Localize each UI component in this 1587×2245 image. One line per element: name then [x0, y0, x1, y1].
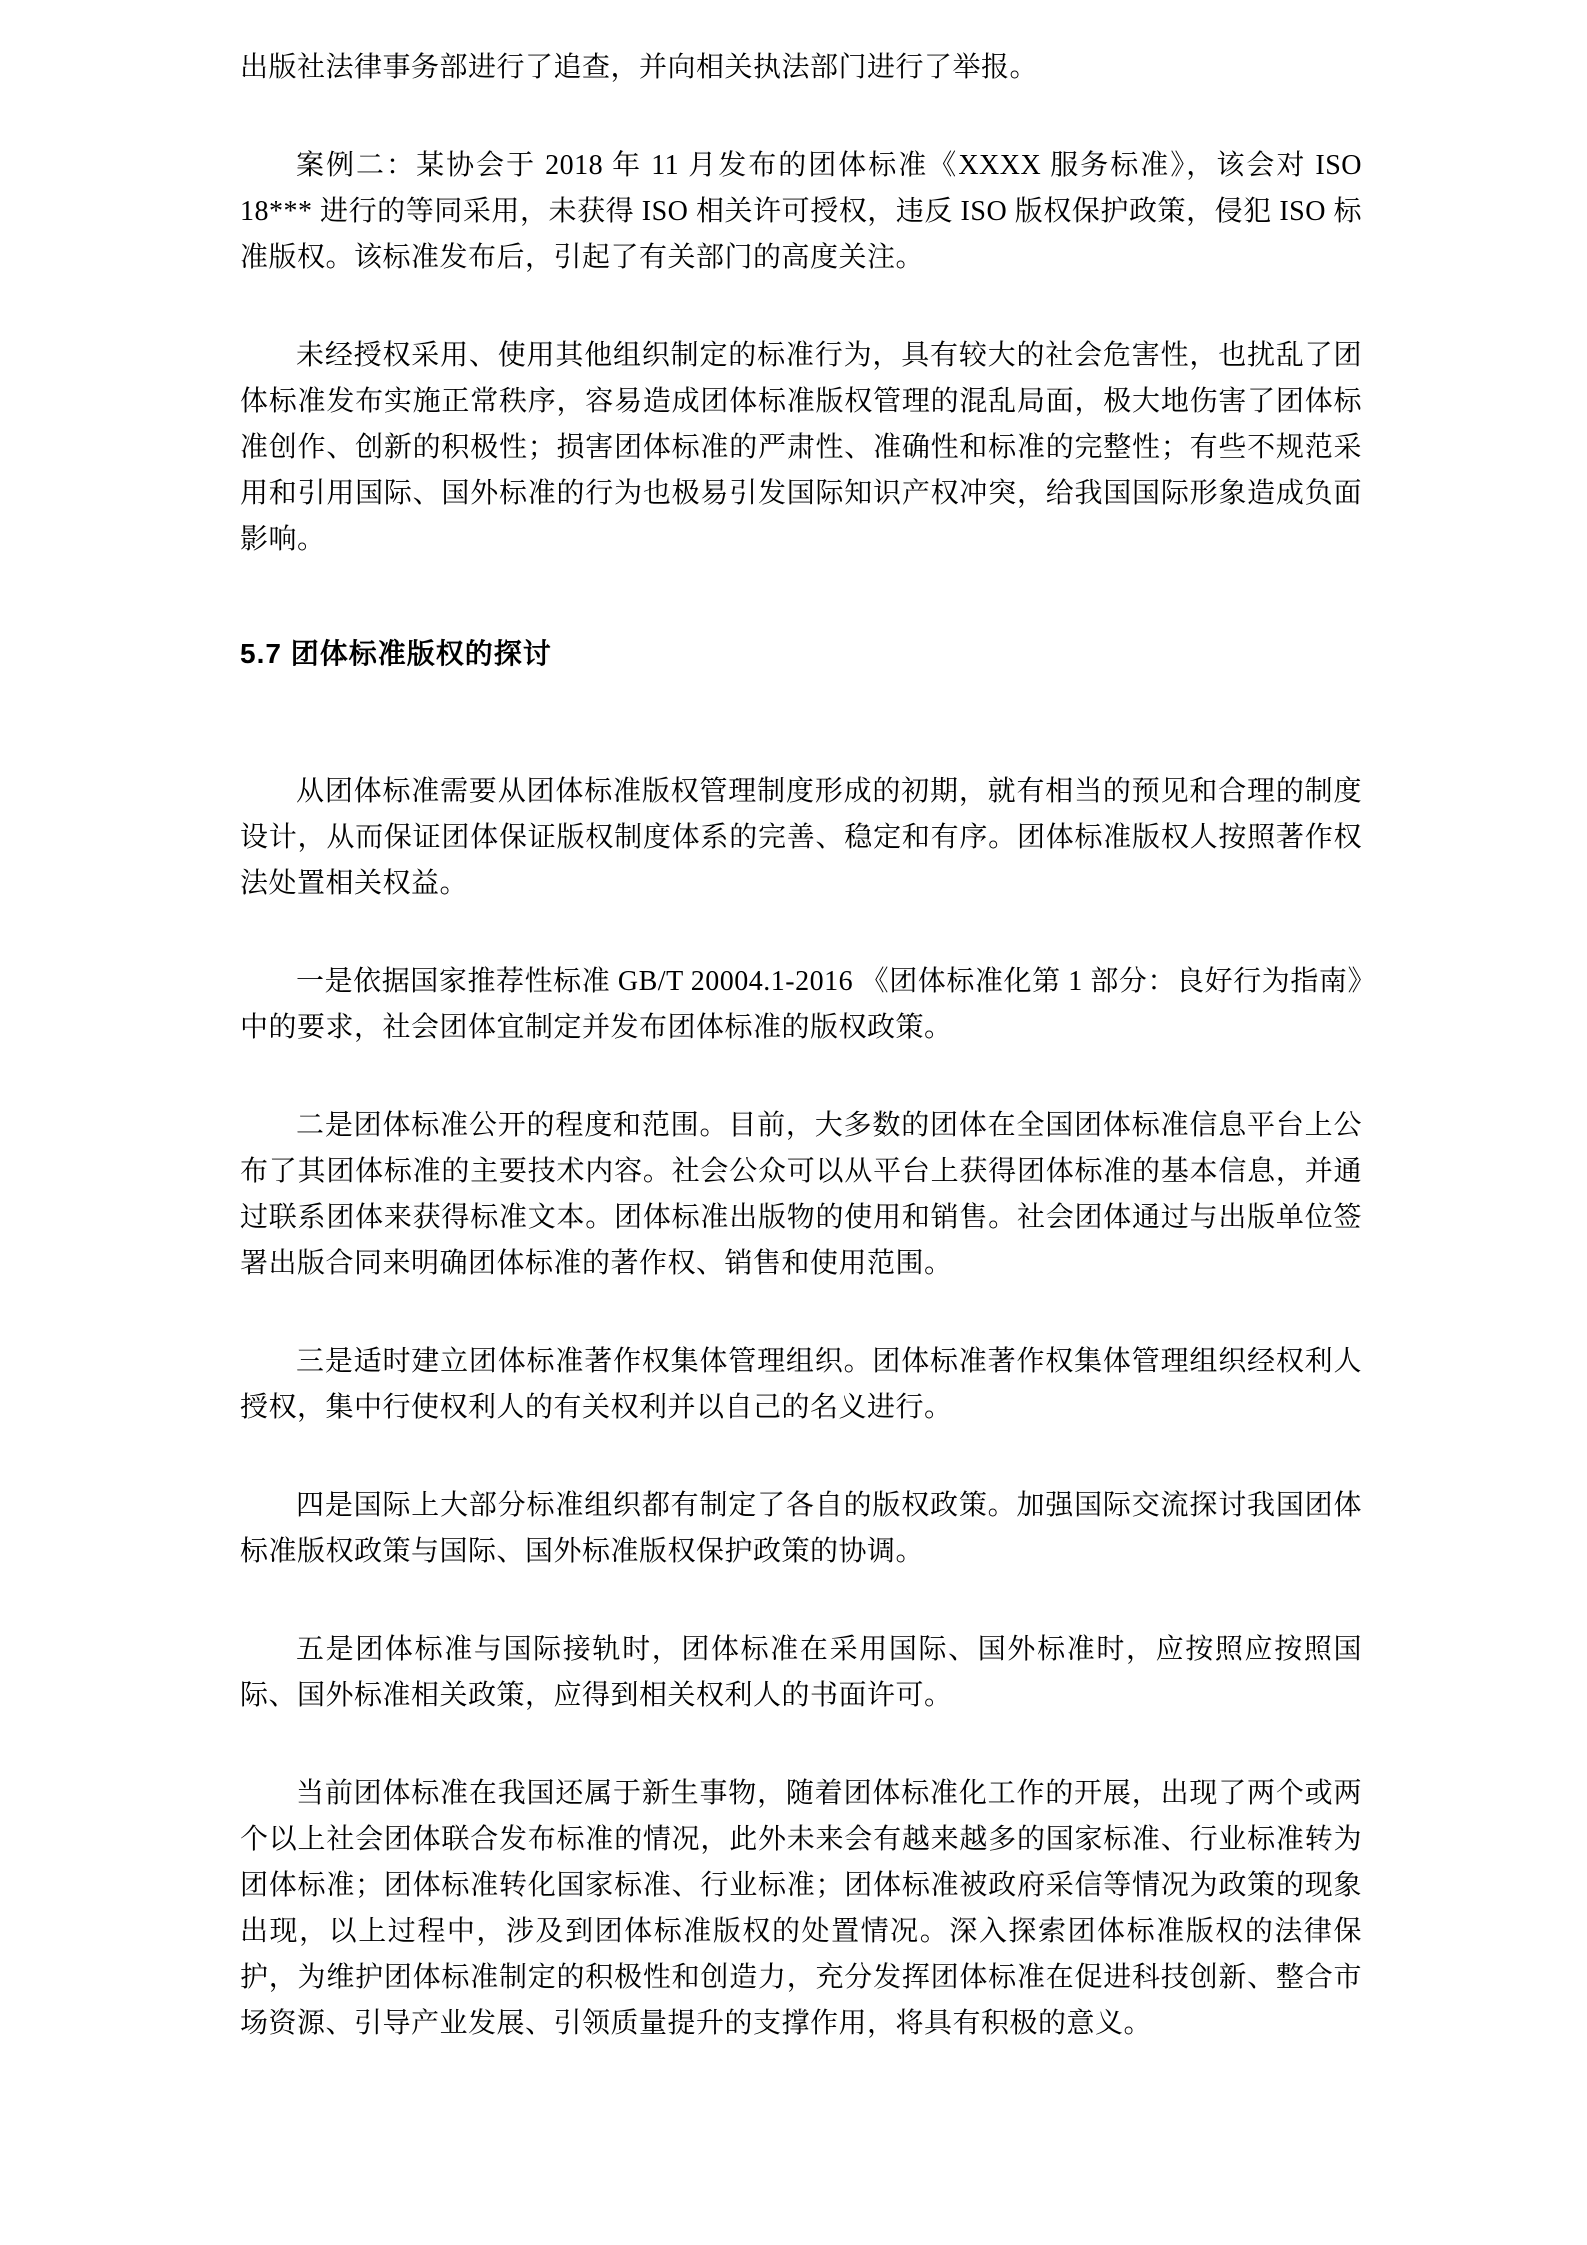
paragraph: 四是国际上大部分标准组织都有制定了各自的版权政策。加强国际交流探讨我国团体标准版… — [240, 1483, 1362, 1575]
paragraph: 二是团体标准公开的程度和范围。目前，大多数的团体在全国团体标准信息平台上公布了其… — [240, 1103, 1362, 1287]
paragraph: 未经授权采用、使用其他组织制定的标准行为，具有较大的社会危害性，也扰乱了团体标准… — [240, 333, 1362, 563]
paragraph: 三是适时建立团体标准著作权集体管理组织。团体标准著作权集体管理组织经权利人授权，… — [240, 1339, 1362, 1431]
paragraph: 一是依据国家推荐性标准 GB/T 20004.1-2016 《团体标准化第 1 … — [240, 959, 1362, 1051]
paragraph: 五是团体标准与国际接轨时，团体标准在采用国际、国外标准时，应按照应按照国际、国外… — [240, 1627, 1362, 1719]
paragraph: 出版社法律事务部进行了追查，并向相关执法部门进行了举报。 — [240, 45, 1362, 91]
document-page: 出版社法律事务部进行了追查，并向相关执法部门进行了举报。 案例二：某协会于 20… — [0, 0, 1587, 2245]
paragraph: 案例二：某协会于 2018 年 11 月发布的团体标准《XXXX 服务标准》，该… — [240, 143, 1362, 281]
paragraph: 从团体标准需要从团体标准版权管理制度形成的初期，就有相当的预见和合理的制度设计，… — [240, 769, 1362, 907]
paragraph: 当前团体标准在我国还属于新生事物，随着团体标准化工作的开展，出现了两个或两个以上… — [240, 1771, 1362, 2047]
section-heading: 5.7 团体标准版权的探讨 — [240, 631, 1362, 677]
